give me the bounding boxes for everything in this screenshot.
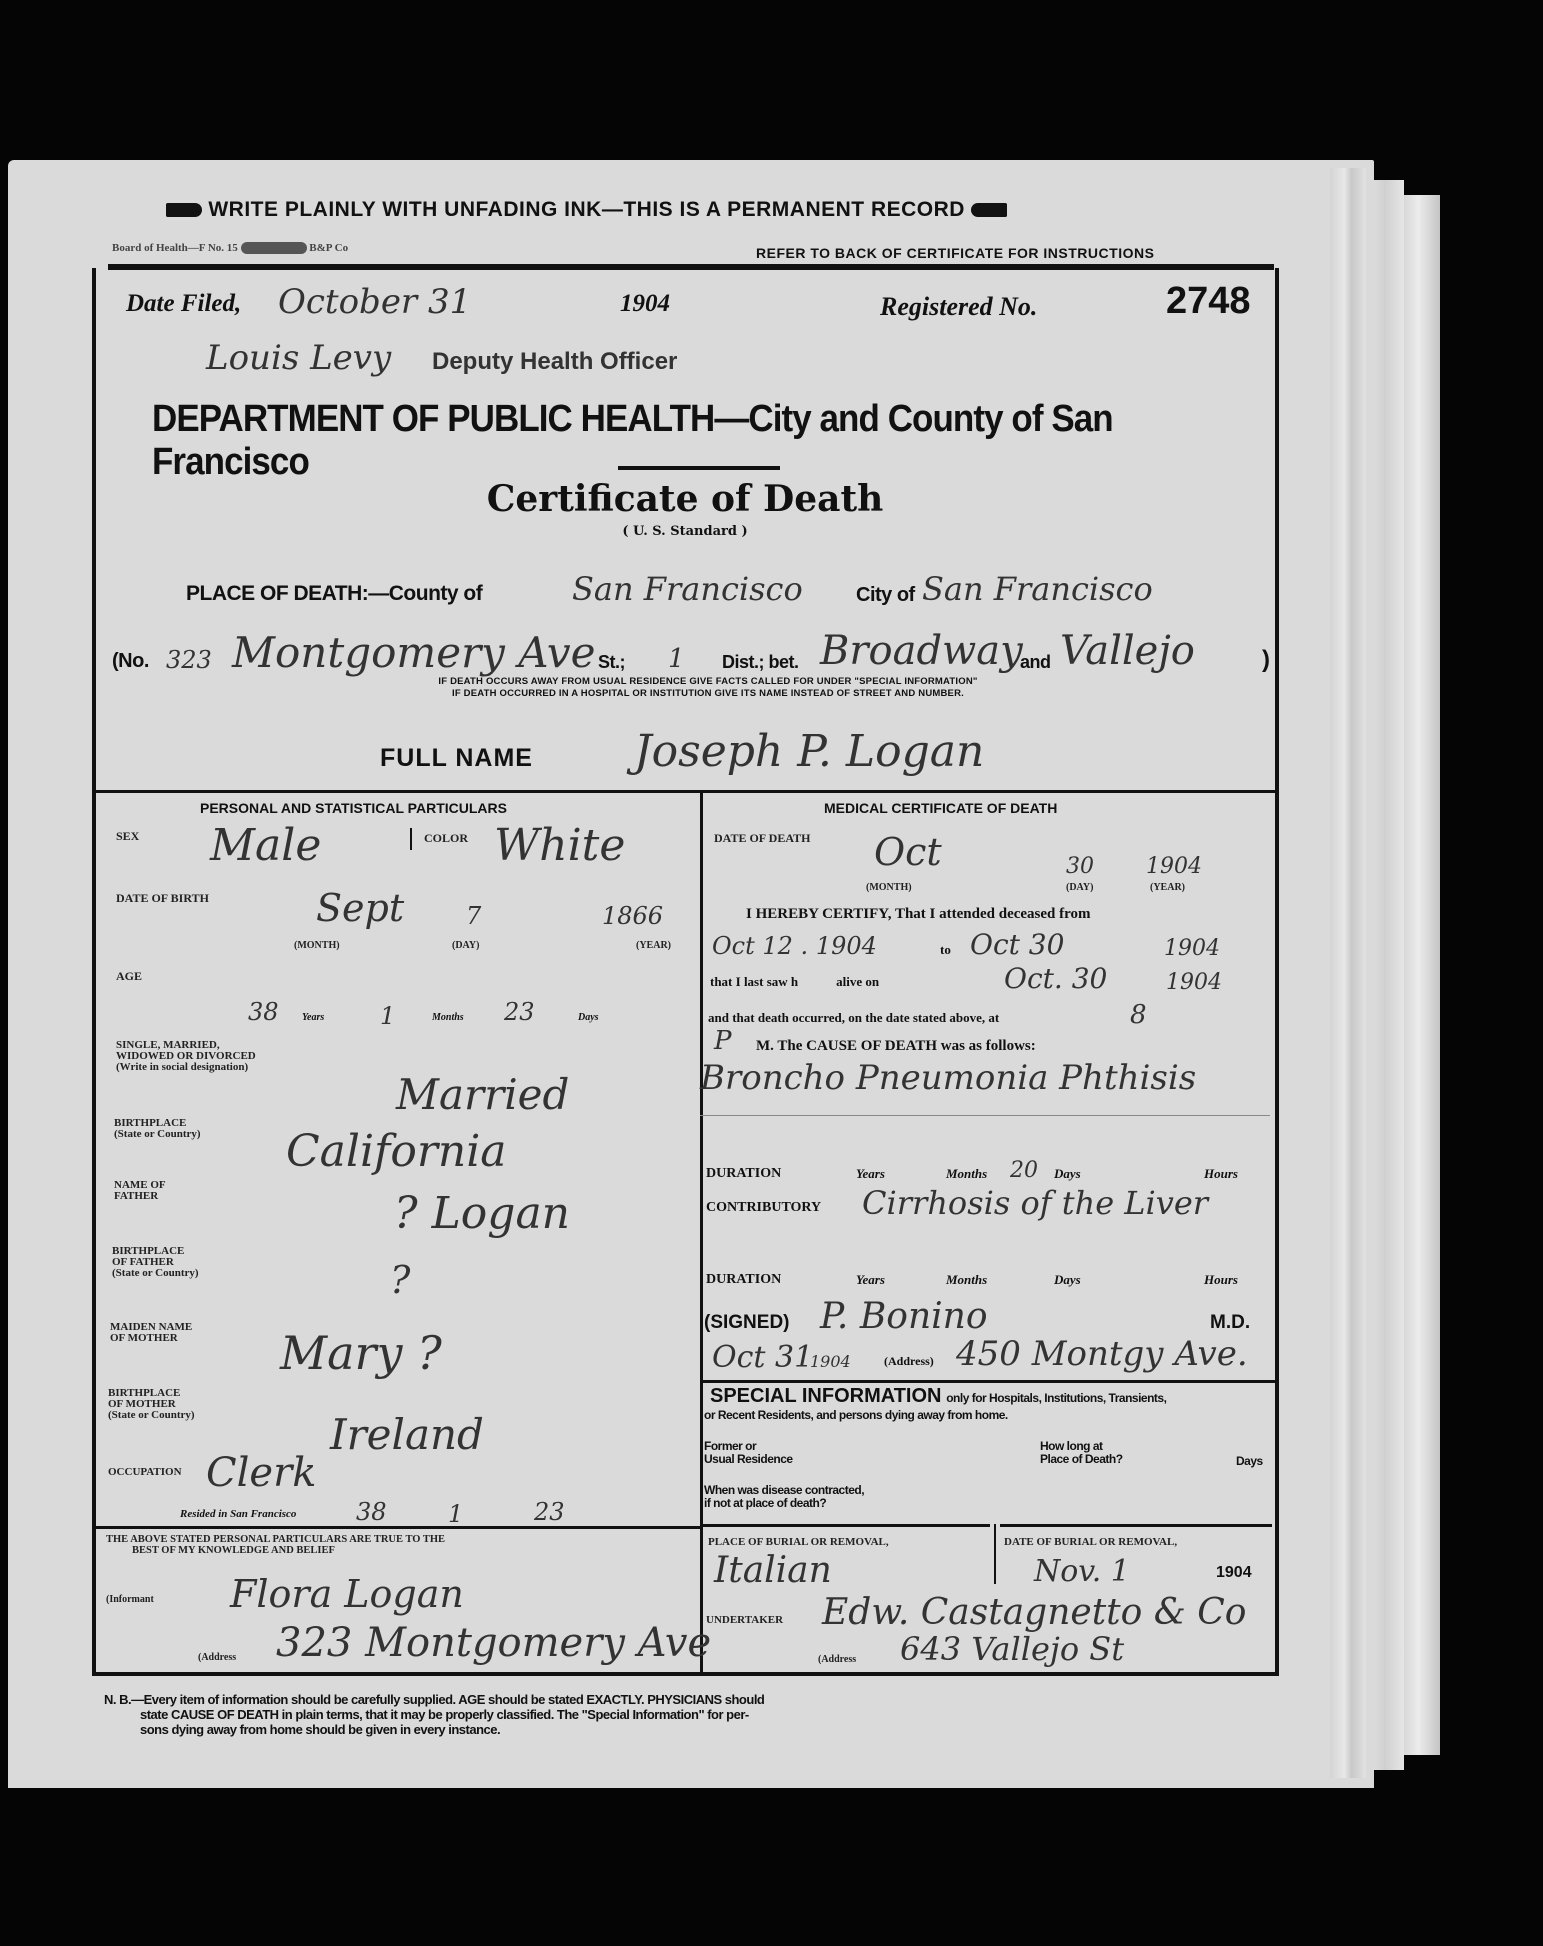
no-label: (No. [112,650,149,673]
resided-years: 38 [356,1498,387,1526]
sex-label: SEX [116,830,139,842]
special-days-label: Days [1236,1454,1263,1468]
dob-year: 1866 [602,902,663,930]
column-divider [700,790,703,1672]
cause-value: Broncho Pneumonia Phthisis [700,1058,1196,1098]
mother-birthplace-label: BIRTHPLACE OF MOTHER (State or Country) [108,1388,195,1421]
undertaker-address: 643 Vallejo St [900,1630,1124,1668]
medical-heading: MEDICAL CERTIFICATE OF DEATH [824,800,1057,816]
pointing-hand-icon [971,203,1007,217]
special-divider [700,1380,1276,1383]
duration-label: DURATION [706,1166,781,1182]
year-caption: (Year) [636,940,671,952]
footnote: N. B.—Every item of information should b… [104,1692,764,1737]
county-value: San Francisco [572,570,803,608]
occupation-value: Clerk [206,1450,316,1496]
date-filed-label: Date Filed, [126,290,241,318]
ward-value: 1 [668,644,685,674]
officer-title: Deputy Health Officer [432,348,677,376]
informant-divider [96,1526,700,1529]
duration-years: Years [856,1166,885,1182]
burial-divider-left [700,1524,990,1527]
date-filed-value: October 31 [278,282,471,322]
duration2-hours: Hours [1204,1272,1238,1288]
physician-address-label: (Address) [884,1354,934,1369]
burial-date-label: DATE of BURIAL or REMOVAL, [1004,1536,1177,1548]
dob-day: 7 [466,902,481,930]
burial-year: 1904 [1216,1564,1252,1582]
union-label-icon [241,242,307,254]
death-hour: 8 [1130,1000,1147,1030]
between-street-1: Broadway [820,628,1023,674]
occurred-text: and that death occurred, on the date sta… [708,1010,999,1026]
informant-address-label: (Address [198,1652,236,1664]
age-months: 1 [380,1002,395,1030]
personal-heading: PERSONAL AND STATISTICAL PARTICULARS [200,800,507,816]
resided-label: Resided in San Francisco [180,1508,296,1520]
dod-day: 30 [1066,854,1094,879]
book-page-edge [1404,195,1440,1755]
officer-signature: Louis Levy [206,338,391,378]
month-caption: (Month) [294,940,340,952]
meridiem: P [714,1026,732,1056]
burial-place-value: Italian [714,1550,832,1591]
contributory-value: Cirrhosis of the Liver [862,1184,1208,1222]
birthplace-label: BIRTHPLACE (State or Country) [114,1118,201,1140]
department-title: DEPARTMENT OF PUBLIC HEALTH—City and Cou… [152,398,1164,484]
duration2-days: Days [1054,1272,1081,1288]
instructions-note: REFER TO BACK OF CERTIFICATE FOR INSTRUC… [756,245,1154,261]
md-label: M.D. [1210,1312,1250,1334]
standard-note: ( U. S. Standard ) [0,524,1370,539]
age-days: 23 [504,998,535,1026]
city-value: San Francisco [922,570,1153,608]
duration-days: Days [1054,1166,1081,1182]
frame-top [108,264,1274,270]
marital-value: Married [396,1070,569,1119]
cause-text: M. The CAUSE OF DEATH was as follows: [756,1038,1036,1055]
attended-to: Oct 30 [970,928,1064,961]
certify-text: I HEREBY CERTIFY, That I attended deceas… [746,906,1091,923]
informant-address: 323 Montgomery Ave [276,1620,711,1666]
book-page-edge [1330,168,1366,1778]
certificate-title: Certificate of Death [0,478,1370,520]
filing-year: 1904 [620,290,670,318]
last-saw-year: 1904 [1166,970,1222,995]
last-saw-date: Oct. 30 [1004,962,1107,995]
and-label: and [1020,652,1051,673]
dod-month-caption: (Month) [866,882,912,894]
registered-number: 2748 [1166,280,1251,323]
undertaker-value: Edw. Castagnetto & Co [822,1592,1246,1633]
occupation-label: OCCUPATION [108,1466,182,1478]
city-label: City of [856,584,915,607]
birthplace-value: California [286,1126,507,1177]
duration2-years: Years [856,1272,885,1288]
age-label: AGE [116,970,142,982]
burial-place-label: PLACE OF BURIAL OR REMOVAL, [708,1536,889,1548]
color-label: COLOR [424,832,468,844]
dob-month: Sept [316,886,404,930]
years-caption: Years [302,1012,324,1023]
attended-from: Oct 12 . 1904 [712,932,877,960]
full-name-value: Joseph P. Logan [634,726,984,777]
dob-label: DATE OF BIRTH [116,892,209,904]
duration2-months: Months [946,1272,987,1288]
place-label: PLACE OF DEATH:—County of [186,582,482,606]
burial-column-divider [994,1524,996,1584]
duration-days-value: 20 [1010,1158,1038,1183]
burial-date-value: Nov. 1 [1034,1554,1130,1589]
sex-value: Male [210,820,321,871]
between-street-2: Vallejo [1060,628,1195,674]
duration-months: Months [946,1166,987,1182]
duration2-label: DURATION [706,1272,781,1288]
frame-bottom [92,1672,1279,1676]
resided-days: 23 [534,1498,565,1526]
mother-value: Mary ? [280,1326,442,1380]
special-subtitle: or Recent Residents, and persons dying a… [704,1408,1008,1422]
close-paren: ) [1262,646,1270,674]
signed-label: (SIGNED) [704,1312,790,1334]
days-caption: Days [578,1012,599,1023]
registered-label: Registered No. [880,292,1037,322]
street-value: Montgomery Ave [232,628,595,677]
months-caption: Months [432,1012,464,1023]
dod-year: 1904 [1146,854,1202,879]
informant-statement: THE ABOVE STATED PERSONAL PARTICULARS AR… [106,1534,445,1556]
contributory-label: CONTRIBUTORY [706,1200,821,1216]
pointing-hand-icon [166,203,202,217]
section-divider [96,790,1276,793]
how-long-label: How long at Place of Death? [1040,1440,1123,1466]
dist-label: Dist.; bet. [722,652,799,673]
former-residence-label: Former or Usual Residence [704,1440,793,1466]
undertaker-address-label: (Address [818,1654,856,1666]
father-value: ? Logan [394,1188,570,1239]
mother-birthplace-value: Ireland [330,1410,484,1459]
physician-address: 450 Montgy Ave. [956,1334,1248,1374]
mother-label: MAIDEN NAME OF MOTHER [110,1322,192,1344]
attended-to-year: 1904 [1164,936,1220,961]
age-years: 38 [248,998,279,1026]
place-note: IF DEATH OCCURS AWAY FROM USUAL RESIDENC… [248,676,1168,700]
street-number: 323 [166,646,212,674]
to-label: to [940,942,951,958]
dod-label: DATE OF DEATH [714,832,810,844]
form-id: Board of Health—F No. 15 B&P Co [112,242,348,254]
signed-year: 1904 [810,1352,851,1371]
burial-divider-right [1000,1524,1272,1527]
physician-signature: P. Bonino [820,1296,988,1337]
father-birthplace-value: ? [390,1258,410,1302]
undertaker-label: UNDERTAKER [706,1614,783,1626]
resided-months: 1 [448,1500,463,1528]
dod-month: Oct [874,830,942,874]
full-name-label: FULL NAME [380,744,533,773]
dod-year-caption: (Year) [1150,882,1185,894]
father-label: NAME OF FATHER [114,1180,166,1202]
day-caption: (Day) [452,940,479,952]
father-birthplace-label: BIRTHPLACE OF FATHER (State or Country) [112,1246,199,1279]
special-heading: SPECIAL INFORMATION only for Hospitals, … [710,1388,1166,1407]
color-value: White [494,820,625,871]
informant-name: Flora Logan [230,1572,464,1616]
title-divider [618,466,780,470]
contracted-label: When was disease contracted, if not at p… [704,1484,864,1510]
last-saw-label: that I last saw halive on [710,974,879,990]
informant-label: (Informant [106,1594,154,1606]
dod-day-caption: (Day) [1066,882,1093,894]
cause-line [700,1115,1270,1116]
duration-hours: Hours [1204,1166,1238,1182]
st-label: St.; [598,652,625,673]
signed-date: Oct 31 [712,1340,813,1375]
sex-color-divider [410,828,412,850]
marital-label: SINGLE, MARRIED, WIDOWED OR DIVORCED (Wr… [116,1040,256,1073]
banner: WRITE PLAINLY WITH UNFADING INK—THIS IS … [166,198,1007,222]
